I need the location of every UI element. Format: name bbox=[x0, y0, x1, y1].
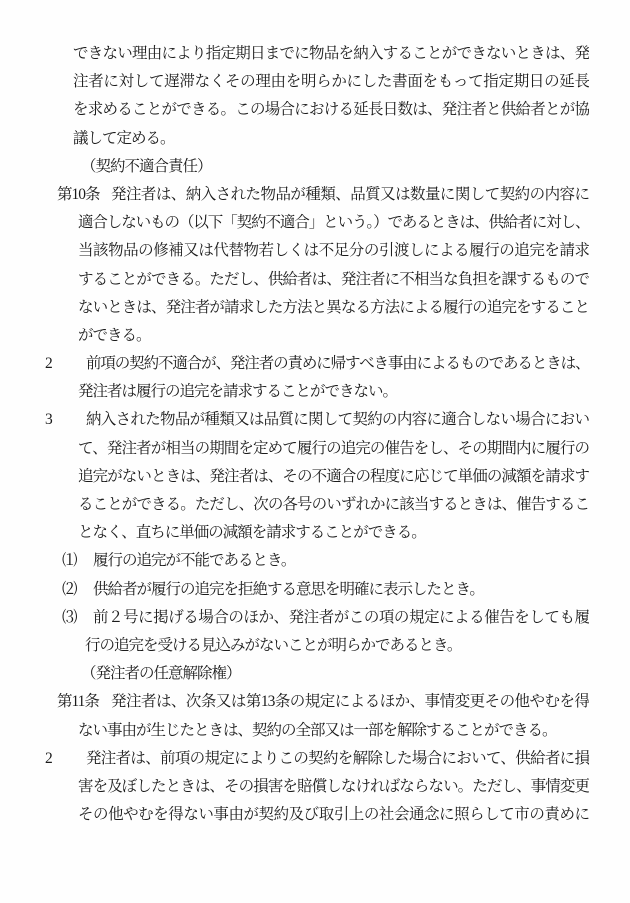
paragraph-line: 3納入された物品が種類又は品質に関して契約の内容に適合しない場合におい bbox=[0, 406, 630, 434]
text-line: することができる。ただし、供給者は、発注者に不相当な負担を課するもので bbox=[0, 266, 630, 294]
item-number: ⑴ bbox=[62, 547, 77, 575]
paragraph-number: 3 bbox=[45, 406, 52, 434]
section-heading: （契約不適合責任） bbox=[0, 153, 630, 181]
section-heading: （発注者の任意解除権） bbox=[0, 660, 630, 688]
article-line: 第10条発注者は、納入された物品が種類、品質又は数量に関して契約の内容に bbox=[0, 181, 630, 209]
paragraph-number: 2 bbox=[45, 350, 52, 378]
contract-text-block: できない理由により指定期日までに物品を納入することができないときは、発 注者に対… bbox=[0, 40, 630, 829]
text-line: 議して定める。 bbox=[0, 125, 630, 153]
document-page: できない理由により指定期日までに物品を納入することができないときは、発 注者に対… bbox=[0, 0, 630, 903]
line-text: 前項の契約不適合が、発注者の責めに帰すべき事由によるものであるときは、 bbox=[86, 350, 589, 378]
text-line: て、発注者が相当の期間を定めて履行の追完の催告をし、その期間内に履行の bbox=[0, 435, 630, 463]
text-line: となく、直ちに単価の減額を請求することができる。 bbox=[0, 519, 630, 547]
text-line: 当該物品の修補又は代替物若しくは不足分の引渡しによる履行の追完を請求 bbox=[0, 237, 630, 265]
line-text: できない理由により指定期日までに物品を納入することができないときは、発 bbox=[73, 40, 589, 68]
heading-text: （契約不適合責任） bbox=[81, 153, 630, 181]
line-text: ができる。 bbox=[78, 322, 589, 350]
line-text: 供給者が履行の追完を拒絶する意思を明確に表示したとき。 bbox=[93, 576, 589, 604]
item-line: ⑵供給者が履行の追完を拒絶する意思を明確に表示したとき。 bbox=[0, 576, 630, 604]
item-line: ⑴履行の追完が不能であるとき。 bbox=[0, 547, 630, 575]
paragraph-number: 2 bbox=[45, 745, 52, 773]
line-text: その他やむを得ない事由が契約及び取引上の社会通念に照らして市の責めに bbox=[78, 801, 589, 829]
text-line: ないときは、発注者が請求した方法と異なる方法による履行の追完をすること bbox=[0, 294, 630, 322]
text-line: 適合しないもの（以下「契約不適合」という。）であるときは、供給者に対し、 bbox=[0, 209, 630, 237]
text-line: 害を及ぼしたときは、その損害を賠償しなければならない。ただし、事情変更 bbox=[0, 773, 630, 801]
paragraph-line: 2前項の契約不適合が、発注者の責めに帰すべき事由によるものであるときは、 bbox=[0, 350, 630, 378]
text-line: ができる。 bbox=[0, 322, 630, 350]
line-text: 適合しないもの（以下「契約不適合」という。）であるときは、供給者に対し、 bbox=[78, 209, 589, 237]
line-text: 追完がないときは、発注者は、その不適合の程度に応じて単価の減額を請求す bbox=[78, 463, 589, 491]
text-line: ない事由が生じたときは、契約の全部又は一部を解除することができる。 bbox=[0, 717, 630, 745]
line-text: 納入された物品が種類又は品質に関して契約の内容に適合しない場合におい bbox=[86, 406, 589, 434]
item-line: ⑶前２号に掲げる場合のほか、発注者がこの項の規定による催告をしても履 bbox=[0, 604, 630, 632]
line-text: 害を及ぼしたときは、その損害を賠償しなければならない。ただし、事情変更 bbox=[78, 773, 589, 801]
line-text: 注者に対して遅滞なくその理由を明らかにした書面をもって指定期日の延長 bbox=[73, 68, 589, 96]
item-number: ⑶ bbox=[62, 604, 77, 632]
text-line: その他やむを得ない事由が契約及び取引上の社会通念に照らして市の責めに bbox=[0, 801, 630, 829]
text-line: ることができる。ただし、次の各号のいずれかに該当するときは、催告するこ bbox=[0, 491, 630, 519]
line-text: 発注者は、納入された物品が種類、品質又は数量に関して契約の内容に bbox=[111, 181, 589, 209]
article-number: 第11条 bbox=[57, 688, 99, 716]
paragraph-line: 2発注者は、前項の規定によりこの契約を解除した場合において、供給者に損 bbox=[0, 745, 630, 773]
line-text: 議して定める。 bbox=[73, 125, 589, 153]
line-text: 行の追完を受ける見込みがないことが明らかであるとき。 bbox=[85, 632, 589, 660]
line-text: ることができる。ただし、次の各号のいずれかに該当するときは、催告するこ bbox=[78, 491, 589, 519]
text-line: 追完がないときは、発注者は、その不適合の程度に応じて単価の減額を請求す bbox=[0, 463, 630, 491]
article-line: 第11条発注者は、次条又は第13条の規定によるほか、事情変更その他やむを得 bbox=[0, 688, 630, 716]
item-number: ⑵ bbox=[62, 576, 77, 604]
line-text: することができる。ただし、供給者は、発注者に不相当な負担を課するもので bbox=[78, 266, 589, 294]
text-line: 発注者は履行の追完を請求することができない。 bbox=[0, 378, 630, 406]
text-line: 注者に対して遅滞なくその理由を明らかにした書面をもって指定期日の延長 bbox=[0, 68, 630, 96]
text-line: を求めることができる。この場合における延長日数は、発注者と供給者とが協 bbox=[0, 96, 630, 124]
line-text: 当該物品の修補又は代替物若しくは不足分の引渡しによる履行の追完を請求 bbox=[78, 237, 589, 265]
line-text: ないときは、発注者が請求した方法と異なる方法による履行の追完をすること bbox=[78, 294, 589, 322]
line-text: 履行の追完が不能であるとき。 bbox=[93, 547, 589, 575]
line-text: となく、直ちに単価の減額を請求することができる。 bbox=[78, 519, 589, 547]
line-text: 発注者は履行の追完を請求することができない。 bbox=[78, 378, 589, 406]
text-line: できない理由により指定期日までに物品を納入することができないときは、発 bbox=[0, 40, 630, 68]
heading-text: （発注者の任意解除権） bbox=[81, 660, 630, 688]
line-text: 前２号に掲げる場合のほか、発注者がこの項の規定による催告をしても履 bbox=[93, 604, 589, 632]
line-text: ない事由が生じたときは、契約の全部又は一部を解除することができる。 bbox=[78, 717, 589, 745]
text-line: 行の追完を受ける見込みがないことが明らかであるとき。 bbox=[0, 632, 630, 660]
line-text: て、発注者が相当の期間を定めて履行の追完の催告をし、その期間内に履行の bbox=[78, 435, 589, 463]
line-text: 発注者は、次条又は第13条の規定によるほか、事情変更その他やむを得 bbox=[111, 688, 589, 716]
line-text: 発注者は、前項の規定によりこの契約を解除した場合において、供給者に損 bbox=[86, 745, 589, 773]
article-number: 第10条 bbox=[57, 181, 100, 209]
line-text: を求めることができる。この場合における延長日数は、発注者と供給者とが協 bbox=[73, 96, 589, 124]
